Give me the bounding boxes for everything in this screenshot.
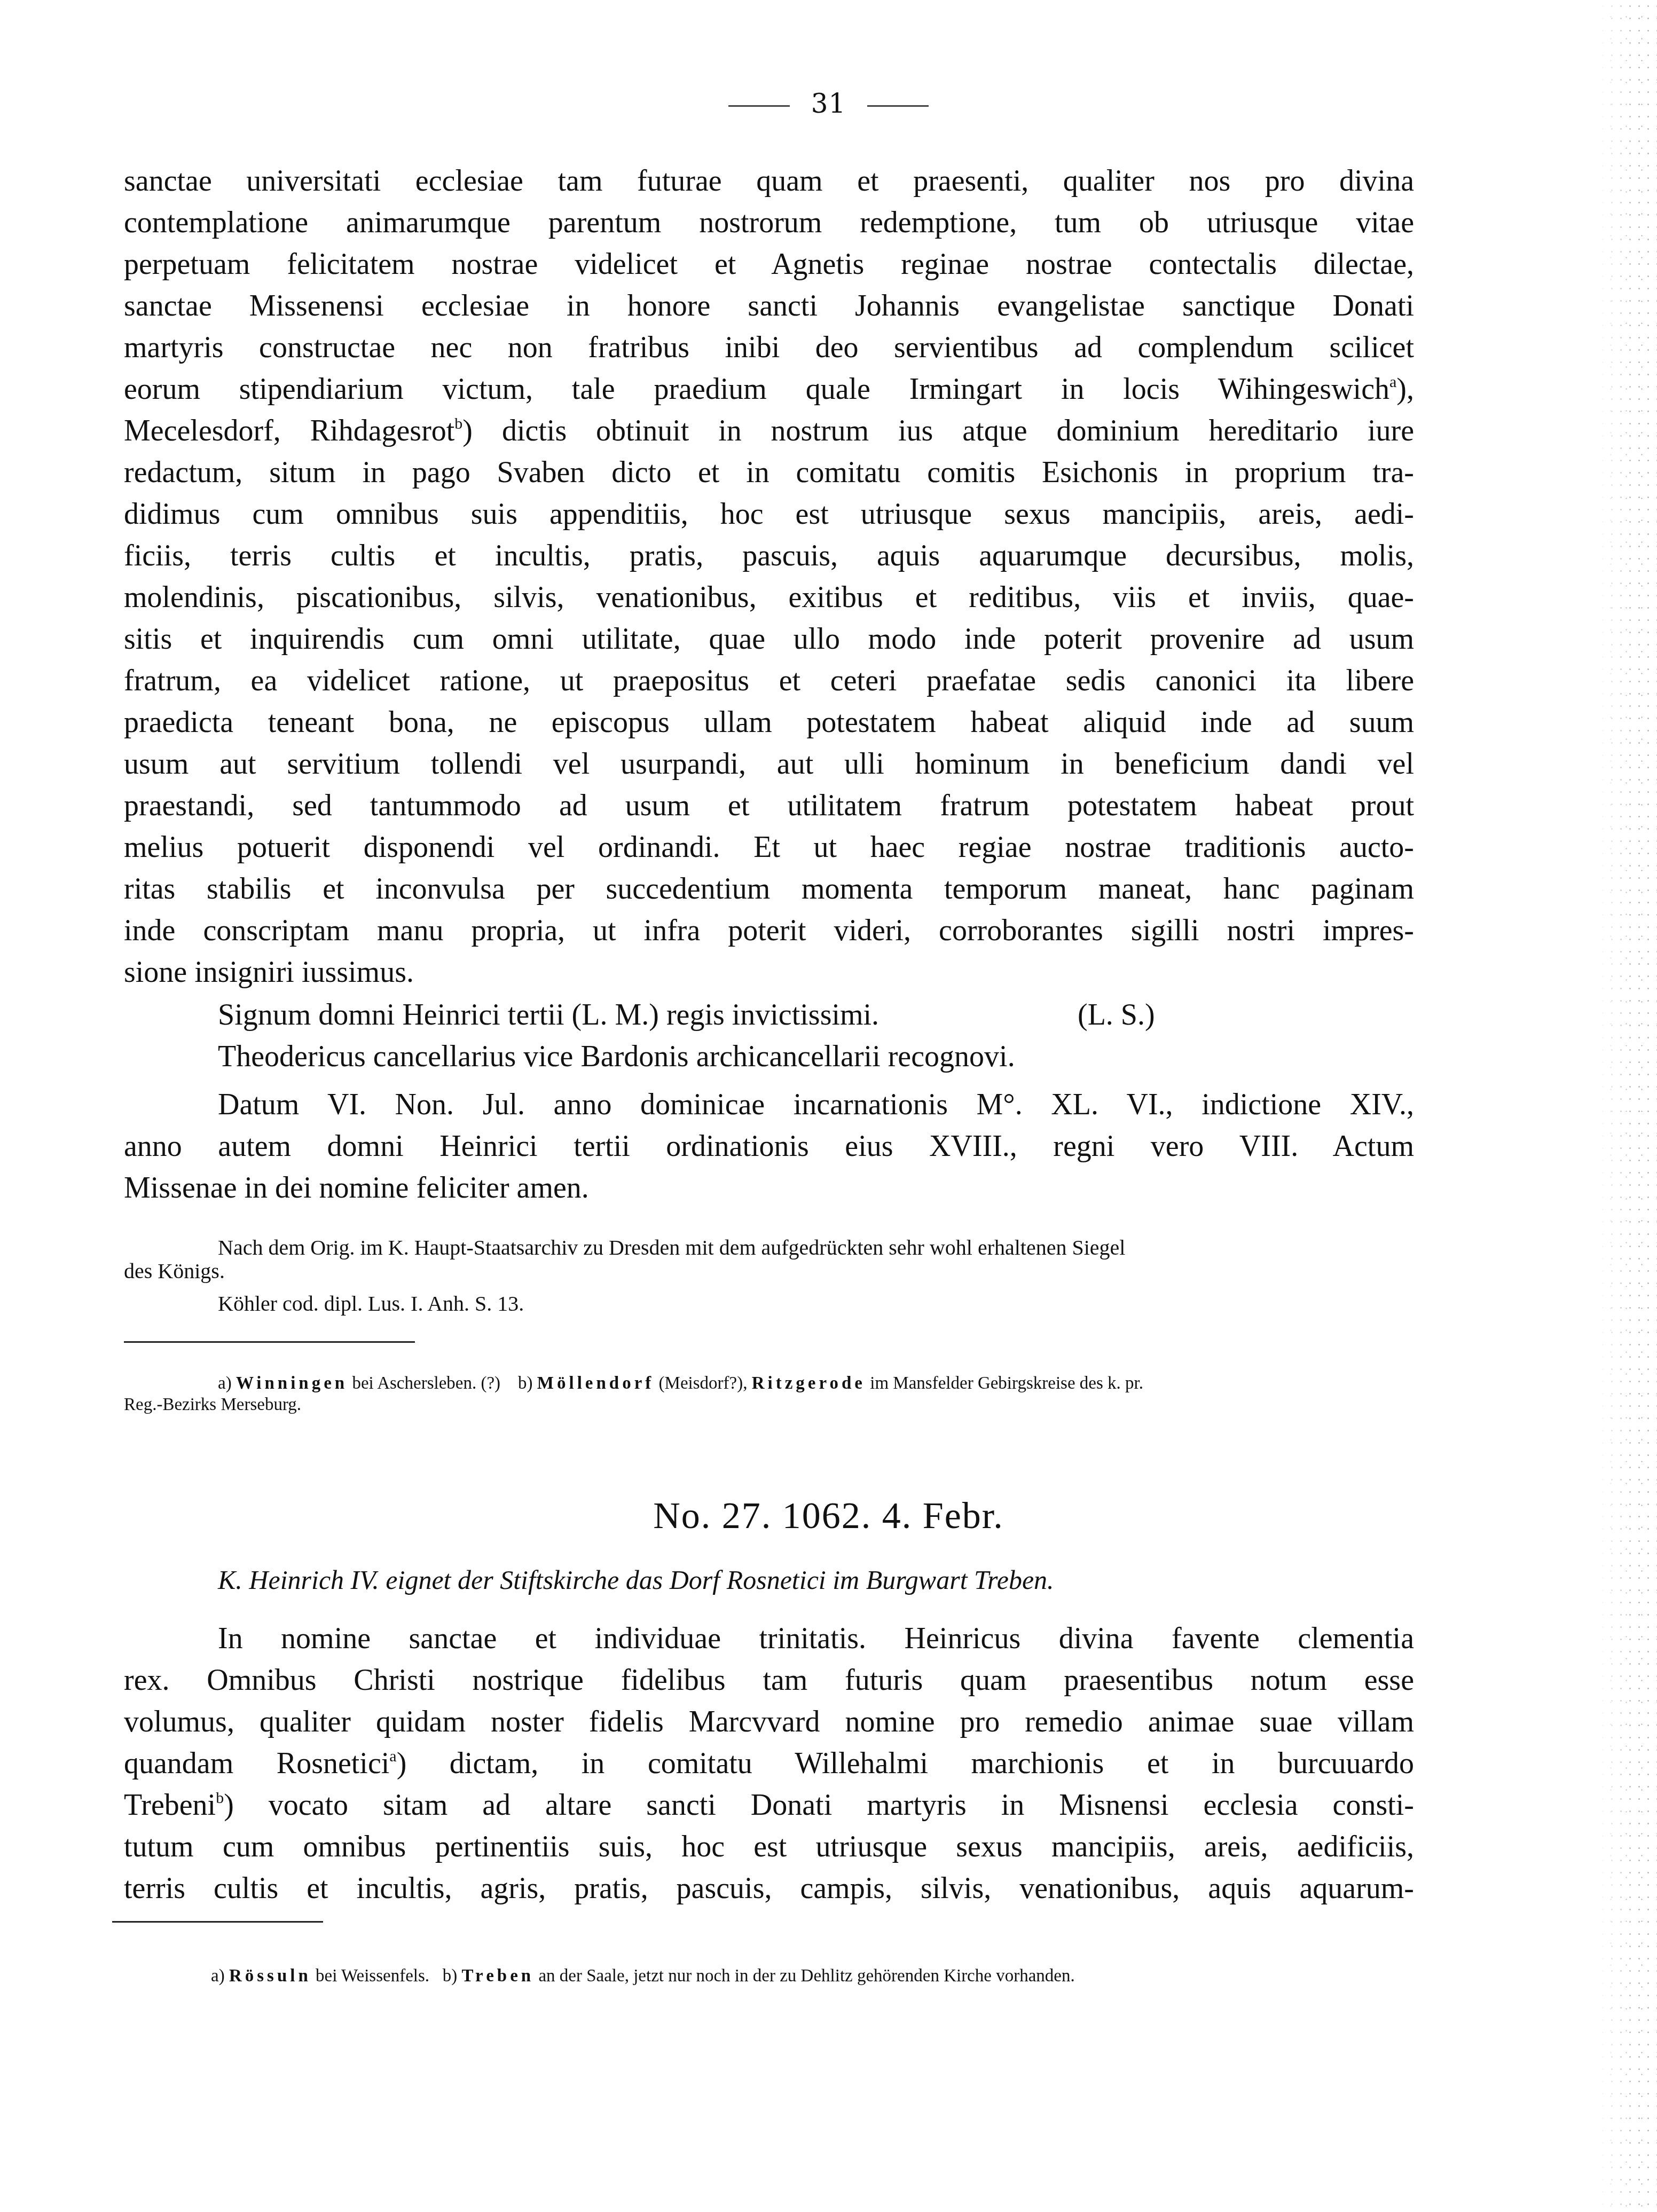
footnote-line: Reg.-Bezirks Merseburg.	[124, 1395, 301, 1415]
text-line: contemplatione animarumque parentum nost…	[124, 202, 1414, 243]
signum-line: Signum domni Heinrici tertii (L. M.) reg…	[218, 994, 1414, 1036]
footnote-ref-b: b	[454, 415, 462, 432]
scan-noise	[1598, 0, 1657, 2212]
text-line: quandam Rosneticia) dictam, in comitatu …	[124, 1743, 1414, 1784]
text-line: terris cultis et incultis, agris, pratis…	[124, 1868, 1414, 1909]
footnote-place: Treben	[462, 1966, 535, 1986]
text-line: eorum stipendiarium victum, tale praediu…	[124, 368, 1414, 410]
text-segment: ) vocato sitam ad altare sancti Donati m…	[224, 1789, 1414, 1822]
recognition-line: Theodericus cancellarius vice Bardonis a…	[218, 1036, 1414, 1077]
footnote-ref-b: b	[216, 1789, 224, 1807]
text-line: martyris constructae nec non fratribus i…	[124, 327, 1414, 368]
footnote-label-b: b)	[443, 1966, 458, 1986]
source-note-line: des Königs.	[124, 1259, 225, 1283]
footnote-place: Ritzgerode	[752, 1374, 866, 1393]
footnote-place: Rössuln	[229, 1966, 311, 1986]
text-line: sitis et inquirendis cum omni utilitate,…	[124, 618, 1414, 660]
text-line: melius potuerit disponendi vel ordinandi…	[124, 826, 1414, 868]
footnote-label-a: a)	[218, 1374, 232, 1393]
footnote-text: (Meisdorf?),	[659, 1374, 748, 1393]
text-line: In nomine sanctae et individuae trinitat…	[218, 1618, 1414, 1659]
text-segment: Mecelesdorf, Rihdagesrot	[124, 414, 454, 447]
text-segment: Trebeni	[124, 1789, 216, 1822]
footnote-ref-a: a	[1389, 373, 1396, 391]
text-line: praedicta teneant bona, ne episcopus ull…	[124, 702, 1414, 743]
footnote-divider	[112, 1921, 323, 1923]
charter-heading: No. 27. 1062. 4. Febr.	[0, 1495, 1657, 1538]
datum-line: Datum VI. Non. Jul. anno dominicae incar…	[218, 1084, 1414, 1125]
text-line: Trebenib) vocato sitam ad altare sancti …	[124, 1784, 1414, 1826]
text-line: perpetuam felicitatem nostrae videlicet …	[124, 243, 1414, 285]
text-line: sanctae universitati ecclesiae tam futur…	[124, 160, 1414, 202]
footnote-divider	[124, 1341, 415, 1343]
footnote-place: Möllendorf	[537, 1374, 654, 1393]
page-number: 31	[0, 88, 1657, 119]
text-line: usum aut servitium tollendi vel usurpand…	[124, 743, 1414, 785]
text-line: fratrum, ea videlicet ratione, ut praepo…	[124, 660, 1414, 702]
footnotes-charter-27: a) Rössuln bei Weissenfels. b) Treben an…	[211, 1966, 1075, 1986]
text-segment: ) dictis obtinuit in nostrum ius atque d…	[462, 414, 1414, 447]
footnote-line: a) Winningen bei Aschersleben. (?) b) Mö…	[218, 1373, 1143, 1394]
text-line: sione insigniri iussimus.	[124, 951, 1414, 993]
footnote-label-b: b)	[518, 1374, 533, 1393]
charter-summary: K. Heinrich IV. eignet der Stiftskirche …	[218, 1564, 1414, 1595]
text-line: ritas stabilis et inconvulsa per succede…	[124, 868, 1414, 910]
datum-line: anno autem domni Heinrici tertii ordinat…	[124, 1125, 1414, 1167]
footnote-text: im Mansfelder Gebirgskreise des k. pr.	[870, 1374, 1143, 1393]
text-line: Mecelesdorf, Rihdagesrotb) dictis obtinu…	[124, 410, 1414, 452]
page-number-right-dash	[867, 105, 929, 107]
signum-text: Signum domni Heinrici tertii (L. M.) reg…	[218, 998, 879, 1032]
text-segment: quandam Rosnetici	[124, 1747, 389, 1780]
seal-mark: (L. S.)	[1078, 994, 1155, 1036]
footnote-text: an der Saale, jetzt nur noch in der zu D…	[538, 1966, 1074, 1986]
page-number-value: 31	[811, 88, 846, 119]
datum-line: Missenae in dei nomine feliciter amen.	[124, 1167, 1414, 1209]
text-line: molendinis, piscationibus, silvis, venat…	[124, 577, 1414, 618]
footnote-text: bei Aschersleben. (?)	[352, 1374, 500, 1393]
text-line: rex. Omnibus Christi nostrique fidelibus…	[124, 1659, 1414, 1701]
source-note-line: Nach dem Orig. im K. Haupt-Staatsarchiv …	[218, 1236, 1125, 1259]
text-line: praestandi, sed tantummodo ad usum et ut…	[124, 785, 1414, 826]
source-note-citation: Köhler cod. dipl. Lus. I. Anh. S. 13.	[218, 1292, 524, 1316]
text-line: tutum cum omnibus pertinentiis suis, hoc…	[124, 1826, 1414, 1868]
page-number-left-dash	[728, 105, 790, 107]
footnote-label-a: a)	[211, 1966, 225, 1986]
footnote-ref-a: a	[389, 1747, 396, 1765]
text-line: didimus cum omnibus suis appenditiis, ho…	[124, 493, 1414, 535]
text-line: volumus, qualiter quidam noster fidelis …	[124, 1701, 1414, 1743]
text-segment: eorum stipendiarium victum, tale praediu…	[124, 373, 1389, 406]
text-segment: ),	[1396, 373, 1414, 406]
text-line: ficiis, terris cultis et incultis, prati…	[124, 535, 1414, 577]
footnote-text: bei Weissenfels.	[316, 1966, 429, 1986]
text-segment: ) dictam, in comitatu Willehalmi marchio…	[397, 1747, 1414, 1780]
footnote-place: Winningen	[236, 1374, 348, 1393]
text-line: redactum, situm in pago Svaben dicto et …	[124, 452, 1414, 493]
text-line: inde conscriptam manu propria, ut infra …	[124, 910, 1414, 951]
text-line: sanctae Missenensi ecclesiae in honore s…	[124, 285, 1414, 327]
